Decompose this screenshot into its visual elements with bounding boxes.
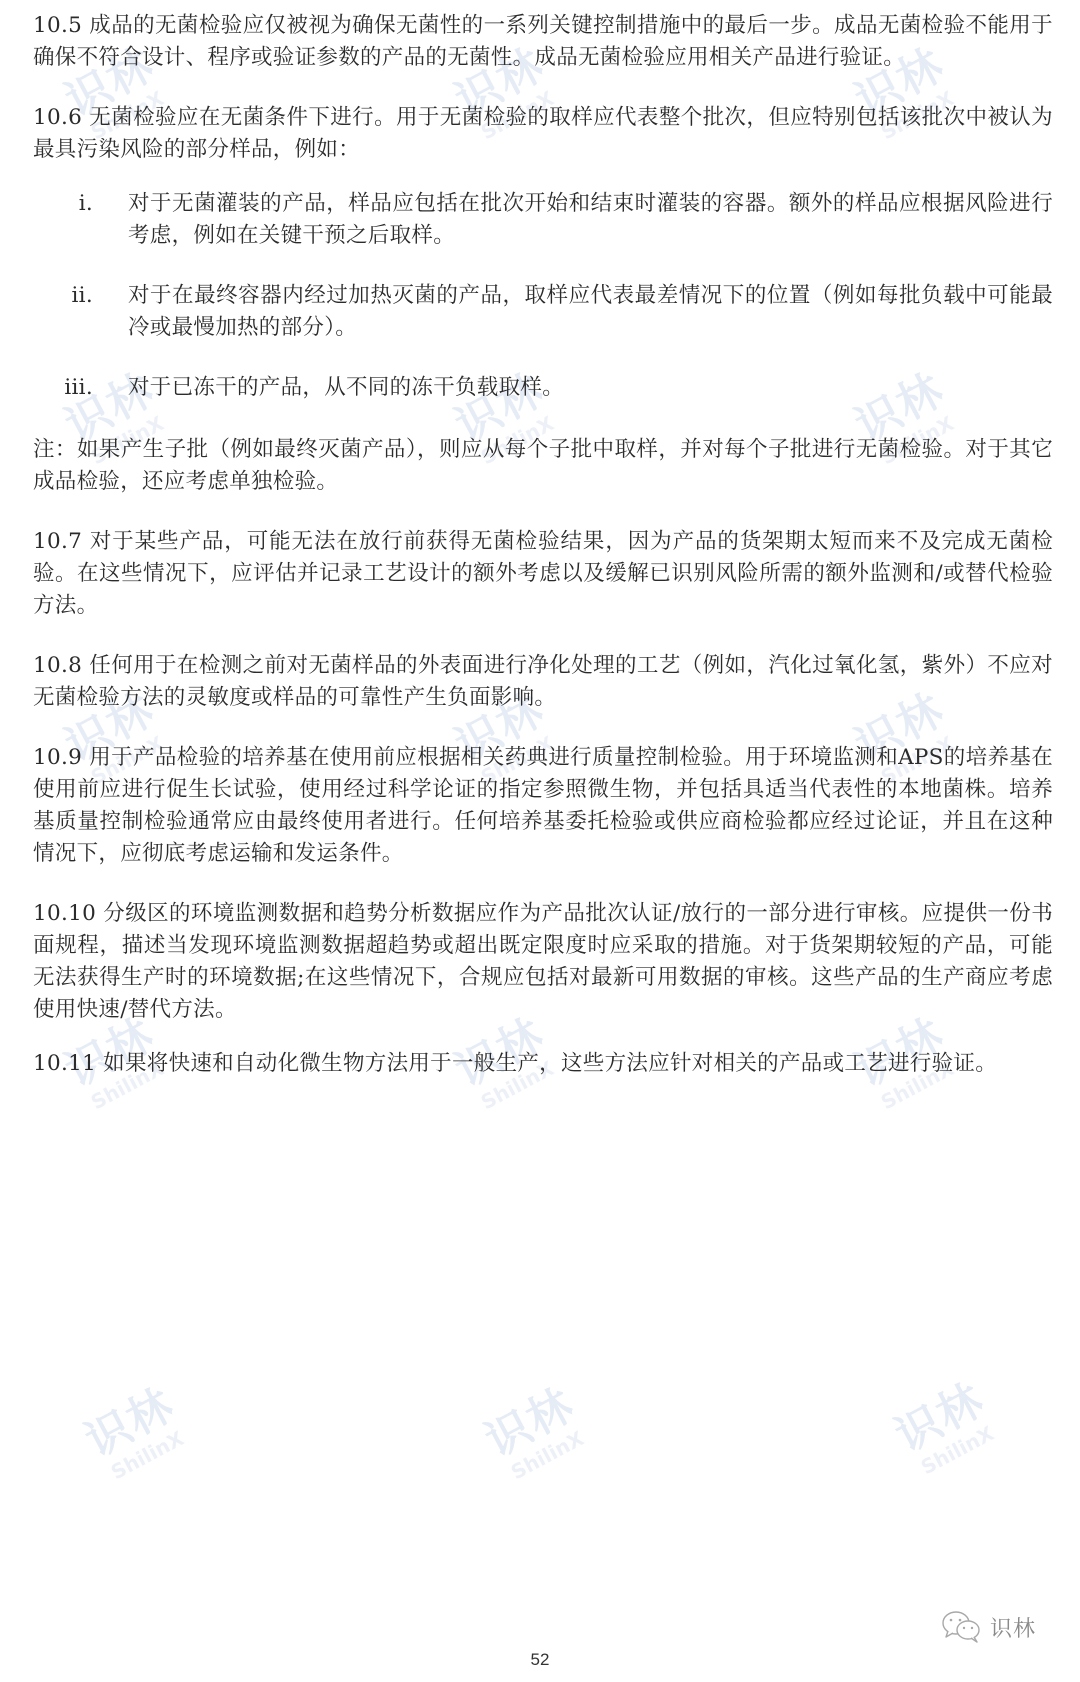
- watermark-en: ShilinX: [912, 1420, 1003, 1481]
- paragraph-10-8: 10.8 任何用于在检测之前对无菌样品的外表面进行净化处理的工艺（例如，汽化过氧…: [33, 650, 1053, 714]
- watermark-cn: 识林: [889, 1377, 991, 1459]
- list-item-i: i. 对于无菌灌装的产品，样品应包括在批次开始和结束时灌装的容器。额外的样品应根…: [33, 188, 1053, 252]
- wechat-icon: [940, 1610, 984, 1644]
- paragraph-10-11: 10.11 如果将快速和自动化微生物方法用于一般生产，这些方法应针对相关的产品或…: [33, 1048, 1053, 1080]
- list-item-ii: ii. 对于在最终容器内经过加热灭菌的产品，取样应代表最差情况下的位置（例如每批…: [33, 280, 1053, 344]
- watermark-cn: 识林: [79, 1382, 181, 1464]
- list-item-text: 对于无菌灌装的产品，样品应包括在批次开始和结束时灌装的容器。额外的样品应根据风险…: [128, 191, 1053, 248]
- paragraph-10-9: 10.9 用于产品检验的培养基在使用前应根据相关药典进行质量控制检验。用于环境监…: [33, 742, 1053, 870]
- list-item-text: 对于在最终容器内经过加热灭菌的产品，取样应代表最差情况下的位置（例如每批负载中可…: [128, 283, 1053, 340]
- paragraph-10-5: 10.5 成品的无菌检验应仅被视为确保无菌性的一系列关键控制措施中的最后一步。成…: [33, 10, 1053, 74]
- watermark: 识林 ShilinX: [889, 1377, 1002, 1480]
- watermark-cn: 识林: [479, 1382, 581, 1464]
- paragraph-10-10: 10.10 分级区的环境监测数据和趋势分析数据应作为产品批次认证/放行的一部分进…: [33, 898, 1053, 1026]
- list-marker: ii.: [33, 280, 93, 312]
- paragraph-10-7: 10.7 对于某些产品，可能无法在放行前获得无菌检验结果，因为产品的货架期太短而…: [33, 526, 1053, 622]
- paragraph-10-6: 10.6 无菌检验应在无菌条件下进行。用于无菌检验的取样应代表整个批次，但应特别…: [33, 102, 1053, 166]
- page-number: 52: [0, 1650, 1080, 1670]
- brand-name: 识林: [990, 1612, 1036, 1643]
- footer-brand: 识林: [940, 1610, 1036, 1644]
- watermark: 识林 ShilinX: [79, 1382, 192, 1485]
- list-marker: i.: [33, 188, 93, 220]
- note-paragraph: 注：如果产生子批（例如最终灭菌产品），则应从每个子批中取样，并对每个子批进行无菌…: [33, 434, 1053, 498]
- watermark: 识林 ShilinX: [479, 1382, 592, 1485]
- list-item-text: 对于已冻干的产品，从不同的冻干负载取样。: [128, 375, 564, 400]
- watermark-en: ShilinX: [102, 1425, 193, 1486]
- document-page: 10.5 成品的无菌检验应仅被视为确保无菌性的一系列关键控制措施中的最后一步。成…: [33, 10, 1053, 1108]
- watermark-en: ShilinX: [502, 1425, 593, 1486]
- list-item-iii: iii. 对于已冻干的产品，从不同的冻干负载取样。: [33, 372, 1053, 404]
- list-marker: iii.: [33, 372, 93, 404]
